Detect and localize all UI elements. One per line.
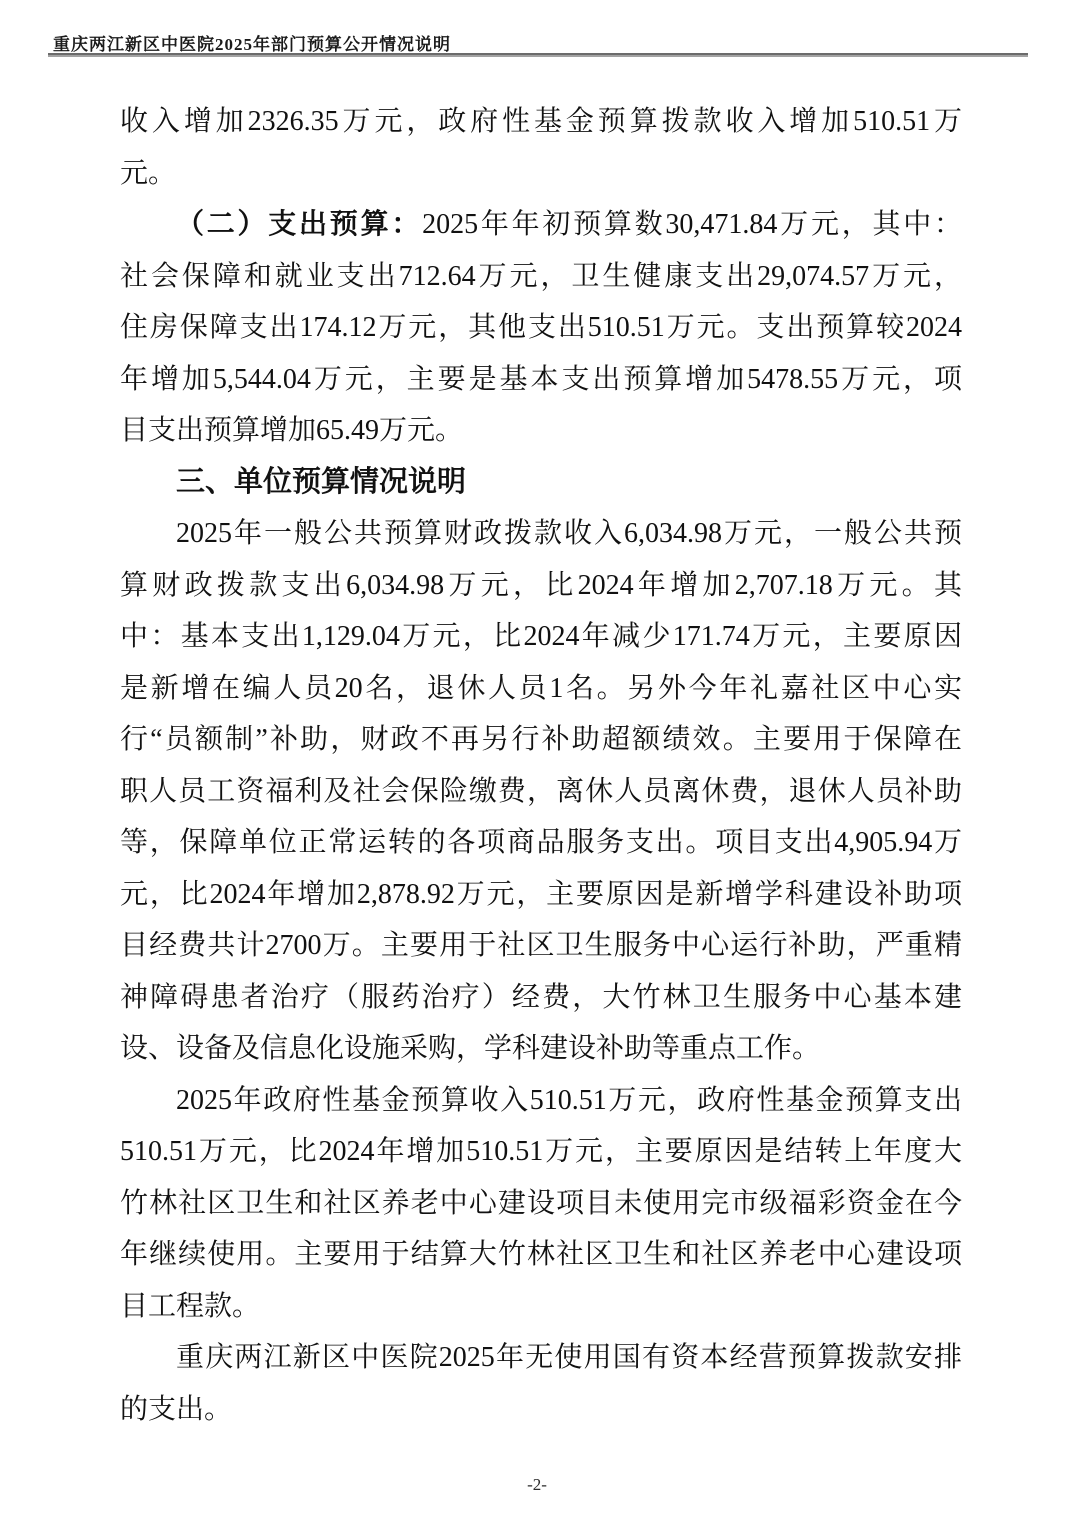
body-line: （二）支出预算：2025年年初预算数30,471.84万元，其中： xyxy=(120,199,962,251)
body-line: 2025年一般公共预算财政拨款收入6,034.98万元，一般公共预 xyxy=(120,508,962,560)
page-number: -2- xyxy=(0,1475,1074,1495)
body-line: 行“员额制”补助，财政不再另行补助超额绩效。主要用于保障在 xyxy=(120,714,962,766)
body-line: 元，比2024年增加2,878.92万元，主要原因是新增学科建设补助项 xyxy=(120,869,962,921)
text-run: 2025年年初预算数30,471.84万元，其中： xyxy=(422,209,962,240)
body-line: 设、设备及信息化设施采购，学科建设补助等重点工作。 xyxy=(120,1023,962,1075)
body-line: 神障碍患者治疗（服药治疗）经费，大竹林卫生服务中心基本建 xyxy=(120,972,962,1024)
body-line: 2025年政府性基金预算收入510.51万元，政府性基金预算支出 xyxy=(120,1075,962,1127)
bold-run: （二）支出预算： xyxy=(176,209,422,240)
body-line: 收入增加2326.35万元，政府性基金预算拨款收入增加510.51万 xyxy=(120,96,962,148)
body-line: 住房保障支出174.12万元，其他支出510.51万元。支出预算较2024 xyxy=(120,302,962,354)
body-line: 算财政拨款支出6,034.98万元，比2024年增加2,707.18万元。其 xyxy=(120,560,962,612)
page-header-title: 重庆两江新区中医院2025年部门预算公开情况说明 xyxy=(53,30,451,55)
document-body: 收入增加2326.35万元，政府性基金预算拨款收入增加510.51万 元。 （二… xyxy=(120,96,962,1435)
body-line: 是新增在编人员20名，退休人员1名。另外今年礼嘉社区中心实 xyxy=(120,663,962,715)
header-divider-rule xyxy=(48,53,1028,57)
body-line: 年增加5,544.04万元，主要是基本支出预算增加5478.55万元，项 xyxy=(120,354,962,406)
body-line: 职人员工资福利及社会保险缴费，离休人员离休费，退休人员补助 xyxy=(120,766,962,818)
document-page: 重庆两江新区中医院2025年部门预算公开情况说明 收入增加2326.35万元，政… xyxy=(0,0,1074,1520)
body-line: 重庆两江新区中医院2025年无使用国有资本经营预算拨款安排 xyxy=(120,1332,962,1384)
section-heading: 三、单位预算情况说明 xyxy=(120,457,962,509)
body-line: 目支出预算增加65.49万元。 xyxy=(120,405,962,457)
body-line: 目工程款。 xyxy=(120,1281,962,1333)
body-line: 中：基本支出1,129.04万元，比2024年减少171.74万元，主要原因 xyxy=(120,611,962,663)
body-line: 的支出。 xyxy=(120,1384,962,1436)
body-line: 目经费共计2700万。主要用于社区卫生服务中心运行补助，严重精 xyxy=(120,920,962,972)
body-line: 年继续使用。主要用于结算大竹林社区卫生和社区养老中心建设项 xyxy=(120,1229,962,1281)
body-line: 元。 xyxy=(120,148,962,200)
body-line: 510.51万元，比2024年增加510.51万元，主要原因是结转上年度大 xyxy=(120,1126,962,1178)
body-line: 社会保障和就业支出712.64万元，卫生健康支出29,074.57万元， xyxy=(120,251,962,303)
body-line: 竹林社区卫生和社区养老中心建设项目未使用完市级福彩资金在今 xyxy=(120,1178,962,1230)
body-line: 等，保障单位正常运转的各项商品服务支出。项目支出4,905.94万 xyxy=(120,817,962,869)
